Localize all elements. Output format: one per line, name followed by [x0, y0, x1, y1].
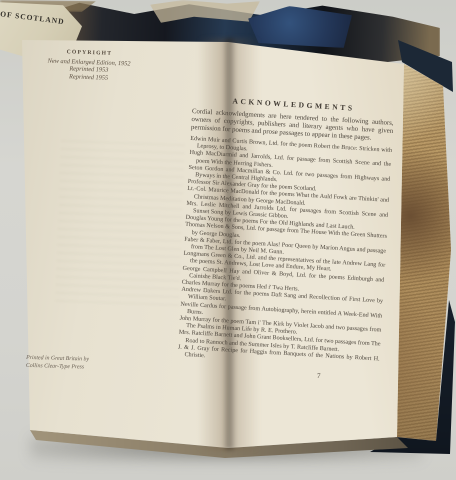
acknowledgment-entries: Edwin Muir and Curtis Brown, Ltd. for th…	[177, 136, 392, 371]
spine-title-text: OF SCOTLAND	[0, 9, 78, 27]
printer-imprint: Printed in Great Britain byCollins Clear…	[26, 355, 112, 372]
acknowledgments-page: ACKNOWLEDGMENTS Cordial acknowledgments …	[176, 94, 394, 384]
copyright-block: COPYRIGHT New and Enlarged Edition, 1952…	[35, 48, 142, 84]
copyright-lines: New and Enlarged Edition, 1952Reprinted …	[35, 57, 142, 84]
show-through-text	[55, 140, 185, 312]
